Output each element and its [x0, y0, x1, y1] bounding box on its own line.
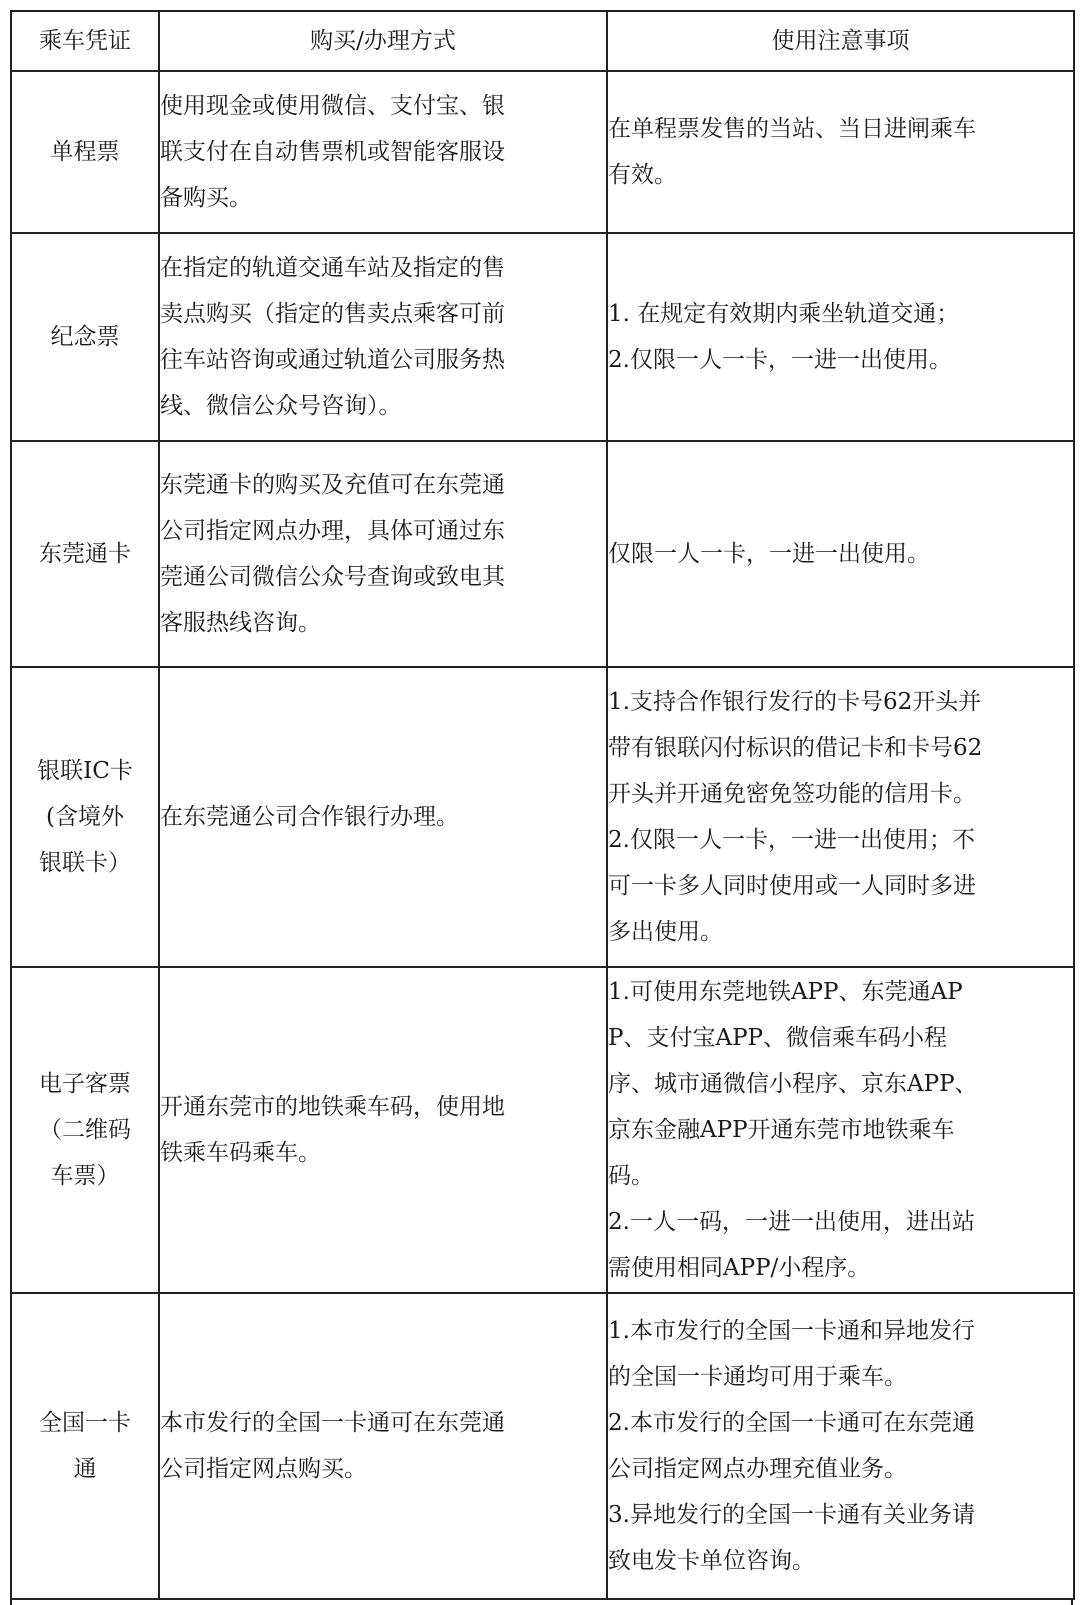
purchase-method-cell: 开通东莞市的地铁乘车码，使用地 铁乘车码乘车。 [159, 967, 607, 1293]
ticket-type-cell: 东莞通卡 [11, 441, 159, 667]
cell-line: 1.本市发行的全国一卡通和异地发行 [608, 1308, 1073, 1354]
table-row: 纪念票 在指定的轨道交通车站及指定的售 卖点购买（指定的售卖点乘客可前 往车站咨… [11, 233, 1074, 441]
cell-line: 单程票 [12, 129, 158, 175]
purchase-method-cell: 在指定的轨道交通车站及指定的售 卖点购买（指定的售卖点乘客可前 往车站咨询或通过… [159, 233, 607, 441]
cell-line: 车票） [12, 1153, 158, 1199]
cell-line: 码。 [608, 1153, 1073, 1199]
cell-line: 的全国一卡通均可用于乘车。 [608, 1354, 1073, 1400]
cell-line: 备购买。 [160, 175, 606, 221]
cell-line: 往车站咨询或通过轨道公司服务热 [160, 337, 606, 383]
cell-line: 在单程票发售的当站、当日进闸乘车 [608, 106, 1073, 152]
cell-line: 多出使用。 [608, 909, 1073, 955]
table-header-row: 乘车凭证 购买/办理方式 使用注意事项 [11, 11, 1074, 71]
purchase-method-cell: 在东莞通公司合作银行办理。 [159, 667, 607, 967]
cell-line: 2.仅限一人一卡，一进一出使用；不 [608, 817, 1073, 863]
ticket-type-cell: 单程票 [11, 71, 159, 233]
cell-line: 需使用相同APP/小程序。 [608, 1245, 1073, 1291]
cell-line: 电子客票 [12, 1061, 158, 1107]
header-usage-notes: 使用注意事项 [607, 11, 1074, 71]
cell-line: 序、城市通微信小程序、京东APP、 [608, 1061, 1073, 1107]
cell-line: 1. 在规定有效期内乘坐轨道交通； [608, 291, 1073, 337]
cell-line: 可一卡多人同时使用或一人同时多进 [608, 863, 1073, 909]
cell-line: 开通东莞市的地铁乘车码，使用地 [160, 1084, 606, 1130]
cell-line: 使用现金或使用微信、支付宝、银 [160, 83, 606, 129]
cell-line: 线、微信公众号咨询）。 [160, 383, 606, 429]
ticket-type-cell: 电子客票 （二维码 车票） [11, 967, 159, 1293]
cell-line: 卖点购买（指定的售卖点乘客可前 [160, 291, 606, 337]
usage-notes-cell: 1.支持合作银行发行的卡号62开头并 带有银联闪付标识的借记卡和卡号62 开头并… [607, 667, 1074, 967]
cell-line: 致电发卡单位咨询。 [608, 1538, 1073, 1584]
cell-line: 带有银联闪付标识的借记卡和卡号62 [608, 725, 1073, 771]
cell-line: 2.一人一码，一进一出使用，进出站 [608, 1199, 1073, 1245]
cell-line: 纪念票 [12, 314, 158, 360]
cell-line: 公司指定网点办理充值业务。 [608, 1446, 1073, 1492]
cell-line: 有效。 [608, 152, 1073, 198]
cell-line: 通 [12, 1446, 158, 1492]
cell-line: 联支付在自动售票机或智能客服设 [160, 129, 606, 175]
table-row: 单程票 使用现金或使用微信、支付宝、银 联支付在自动售票机或智能客服设 备购买。… [11, 71, 1074, 233]
cell-line: 银联IC卡 [12, 748, 158, 794]
table-row: 东莞通卡 东莞通卡的购买及充值可在东莞通 公司指定网点办理，具体可通过东 莞通公… [11, 441, 1074, 667]
purchase-method-cell: 本市发行的全国一卡通可在东莞通 公司指定网点购买。 [159, 1293, 607, 1599]
cell-line: 2.本市发行的全国一卡通可在东莞通 [608, 1400, 1073, 1446]
ticket-type-cell: 纪念票 [11, 233, 159, 441]
cell-line: 铁乘车码乘车。 [160, 1130, 606, 1176]
cell-line: 东莞通卡的购买及充值可在东莞通 [160, 462, 606, 508]
cell-line: 在指定的轨道交通车站及指定的售 [160, 245, 606, 291]
cell-line: 银联卡） [12, 840, 158, 886]
cell-line: 3.异地发行的全国一卡通有关业务请 [608, 1492, 1073, 1538]
fare-media-table: 乘车凭证 购买/办理方式 使用注意事项 单程票 使用现金或使用微信、支付宝、银 … [10, 10, 1075, 1600]
cell-line: （二维码 [12, 1107, 158, 1153]
cell-line: 京东金融APP开通东莞市地铁乘车 [608, 1107, 1073, 1153]
cell-line: 全国一卡 [12, 1400, 158, 1446]
table-row: 银联IC卡 (含境外 银联卡） 在东莞通公司合作银行办理。 1.支持合作银行发行… [11, 667, 1074, 967]
usage-notes-cell: 1.本市发行的全国一卡通和异地发行 的全国一卡通均可用于乘车。 2.本市发行的全… [607, 1293, 1074, 1599]
cell-line: 本市发行的全国一卡通可在东莞通 [160, 1400, 606, 1446]
cell-line: 2.仅限一人一卡，一进一出使用。 [608, 337, 1073, 383]
cell-line: 1.支持合作银行发行的卡号62开头并 [608, 679, 1073, 725]
cell-line: 公司指定网点购买。 [160, 1446, 606, 1492]
table-row: 全国一卡 通 本市发行的全国一卡通可在东莞通 公司指定网点购买。 1.本市发行的… [11, 1293, 1074, 1599]
header-purchase-method: 购买/办理方式 [159, 11, 607, 71]
purchase-method-cell: 东莞通卡的购买及充值可在东莞通 公司指定网点办理，具体可通过东 莞通公司微信公众… [159, 441, 607, 667]
cell-line: 公司指定网点办理，具体可通过东 [160, 508, 606, 554]
ticket-type-cell: 全国一卡 通 [11, 1293, 159, 1599]
header-ticket-type: 乘车凭证 [11, 11, 159, 71]
table-row: 电子客票 （二维码 车票） 开通东莞市的地铁乘车码，使用地 铁乘车码乘车。 1.… [11, 967, 1074, 1293]
cell-line: 开头并开通免密免签功能的信用卡。 [608, 771, 1073, 817]
cell-line: 莞通公司微信公众号查询或致电其 [160, 554, 606, 600]
cell-line: 客服热线咨询。 [160, 600, 606, 646]
table-continuation-edge [10, 1598, 1073, 1605]
cell-line: P、支付宝APP、微信乘车码小程 [608, 1015, 1073, 1061]
usage-notes-cell: 1.可使用东莞地铁APP、东莞通AP P、支付宝APP、微信乘车码小程 序、城市… [607, 967, 1074, 1293]
usage-notes-cell: 1. 在规定有效期内乘坐轨道交通； 2.仅限一人一卡，一进一出使用。 [607, 233, 1074, 441]
cell-line: 在东莞通公司合作银行办理。 [160, 794, 606, 840]
cell-line: (含境外 [12, 794, 158, 840]
cell-line: 仅限一人一卡，一进一出使用。 [608, 531, 1073, 577]
usage-notes-cell: 在单程票发售的当站、当日进闸乘车 有效。 [607, 71, 1074, 233]
ticket-type-cell: 银联IC卡 (含境外 银联卡） [11, 667, 159, 967]
cell-line: 1.可使用东莞地铁APP、东莞通AP [608, 969, 1073, 1015]
cell-line: 东莞通卡 [12, 531, 158, 577]
usage-notes-cell: 仅限一人一卡，一进一出使用。 [607, 441, 1074, 667]
purchase-method-cell: 使用现金或使用微信、支付宝、银 联支付在自动售票机或智能客服设 备购买。 [159, 71, 607, 233]
